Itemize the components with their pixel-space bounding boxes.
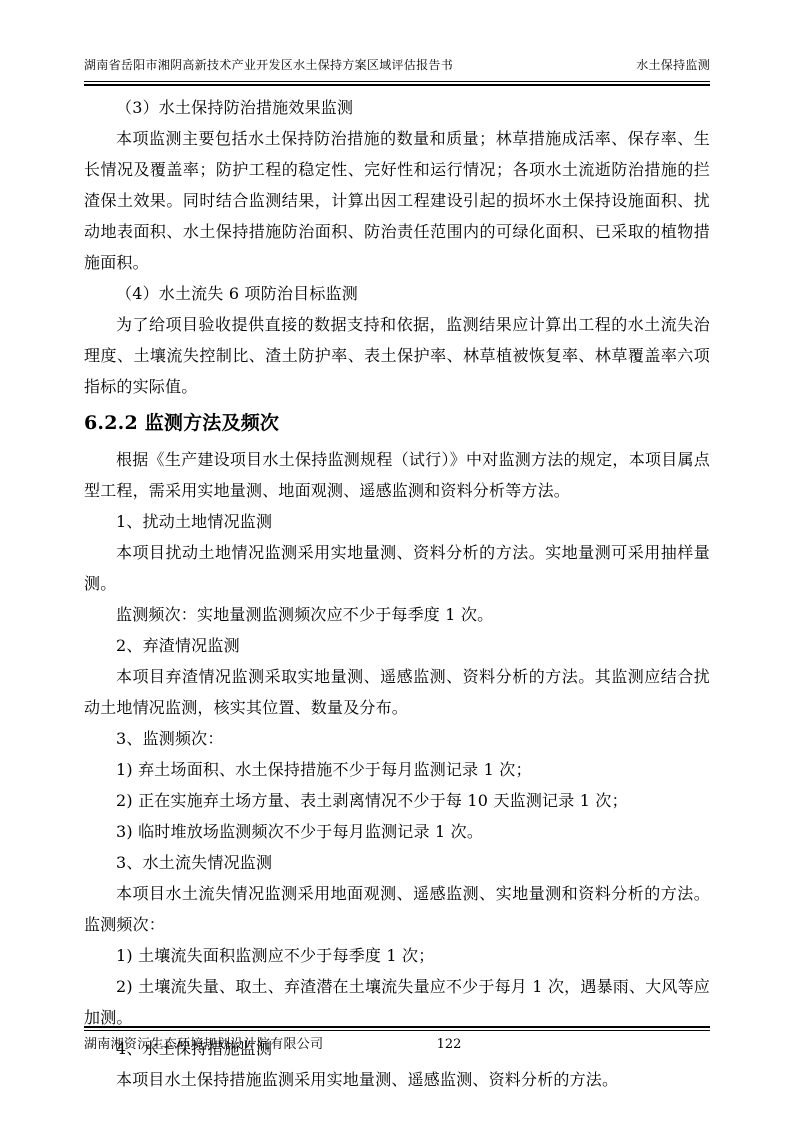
footer-company-name: 湖南湘资沅生态环境规划设计院有限公司: [84, 1037, 323, 1052]
section-heading: 6.2.2 监测方法及频次: [84, 405, 710, 442]
header-divider: [84, 81, 710, 86]
header-report-title: 湖南省岳阳市湘阴高新技术产业开发区水土保持方案区域评估报告书: [84, 56, 453, 74]
body-paragraph: 监测频次：实地量测监测频次应不少于每季度 1 次。: [84, 599, 710, 630]
sub-heading: 3、水土流失情况监测: [84, 847, 710, 878]
list-item: 1) 弃土场面积、水土保持措施不少于每月监测记录 1 次；: [84, 754, 710, 785]
footer-row: 湖南湘资沅生态环境规划设计院有限公司 122: [84, 1036, 710, 1054]
sub-heading: 3、监测频次：: [84, 723, 710, 754]
header-section-title: 水土保持监测: [636, 56, 710, 74]
list-item: 1) 土壤流失面积监测应不少于每季度 1 次；: [84, 940, 710, 971]
footer-divider: [84, 1026, 710, 1031]
document-body: （3）水土保持防治措施效果监测 本项监测主要包括水土保持防治措施的数量和质量；林…: [84, 92, 710, 1095]
body-paragraph: 根据《生产建设项目水土保持监测规程（试行）》中对监测方法的规定，本项目属点型工程…: [84, 444, 710, 506]
body-paragraph: 为了给项目验收提供直接的数据支持和依据，监测结果应计算出工程的水土流失治理度、土…: [84, 309, 710, 402]
list-item: 2) 正在实施弃土场方量、表土剥离情况不少于每 10 天监测记录 1 次；: [84, 785, 710, 816]
sub-heading: 2、弃渣情况监测: [84, 630, 710, 661]
page-header: 湖南省岳阳市湘阴高新技术产业开发区水土保持方案区域评估报告书 水土保持监测: [84, 56, 710, 86]
page-footer: 湖南湘资沅生态环境规划设计院有限公司 122: [84, 1026, 710, 1054]
list-item: 2) 土壤流失量、取土、弃渣潜在土壤流失量应不少于每月 1 次，遇暴雨、大风等应…: [84, 971, 710, 1033]
sub-heading: （4）水土流失 6 项防治目标监测: [84, 278, 710, 309]
header-row: 湖南省岳阳市湘阴高新技术产业开发区水土保持方案区域评估报告书 水土保持监测: [84, 56, 710, 74]
body-paragraph: 本项监测主要包括水土保持防治措施的数量和质量；林草措施成活率、保存率、生长情况及…: [84, 123, 710, 278]
sub-heading: （3）水土保持防治措施效果监测: [84, 92, 710, 123]
document-page: 湖南省岳阳市湘阴高新技术产业开发区水土保持方案区域评估报告书 水土保持监测 （3…: [0, 0, 793, 1122]
sub-heading: 1、扰动土地情况监测: [84, 506, 710, 537]
body-paragraph: 本项目扰动土地情况监测采用实地量测、资料分析的方法。实地量测可采用抽样量测。: [84, 537, 710, 599]
list-item: 3) 临时堆放场监测频次不少于每月监测记录 1 次。: [84, 816, 710, 847]
body-paragraph: 本项目弃渣情况监测采取实地量测、遥感监测、资料分析的方法。其监测应结合扰动土地情…: [84, 661, 710, 723]
body-paragraph: 本项目水土流失情况监测采用地面观测、遥感监测、实地量测和资料分析的方法。监测频次…: [84, 878, 710, 940]
page-number: 122: [419, 1036, 479, 1054]
body-paragraph: 本项目水土保持措施监测采用实地量测、遥感监测、资料分析的方法。: [84, 1064, 710, 1095]
